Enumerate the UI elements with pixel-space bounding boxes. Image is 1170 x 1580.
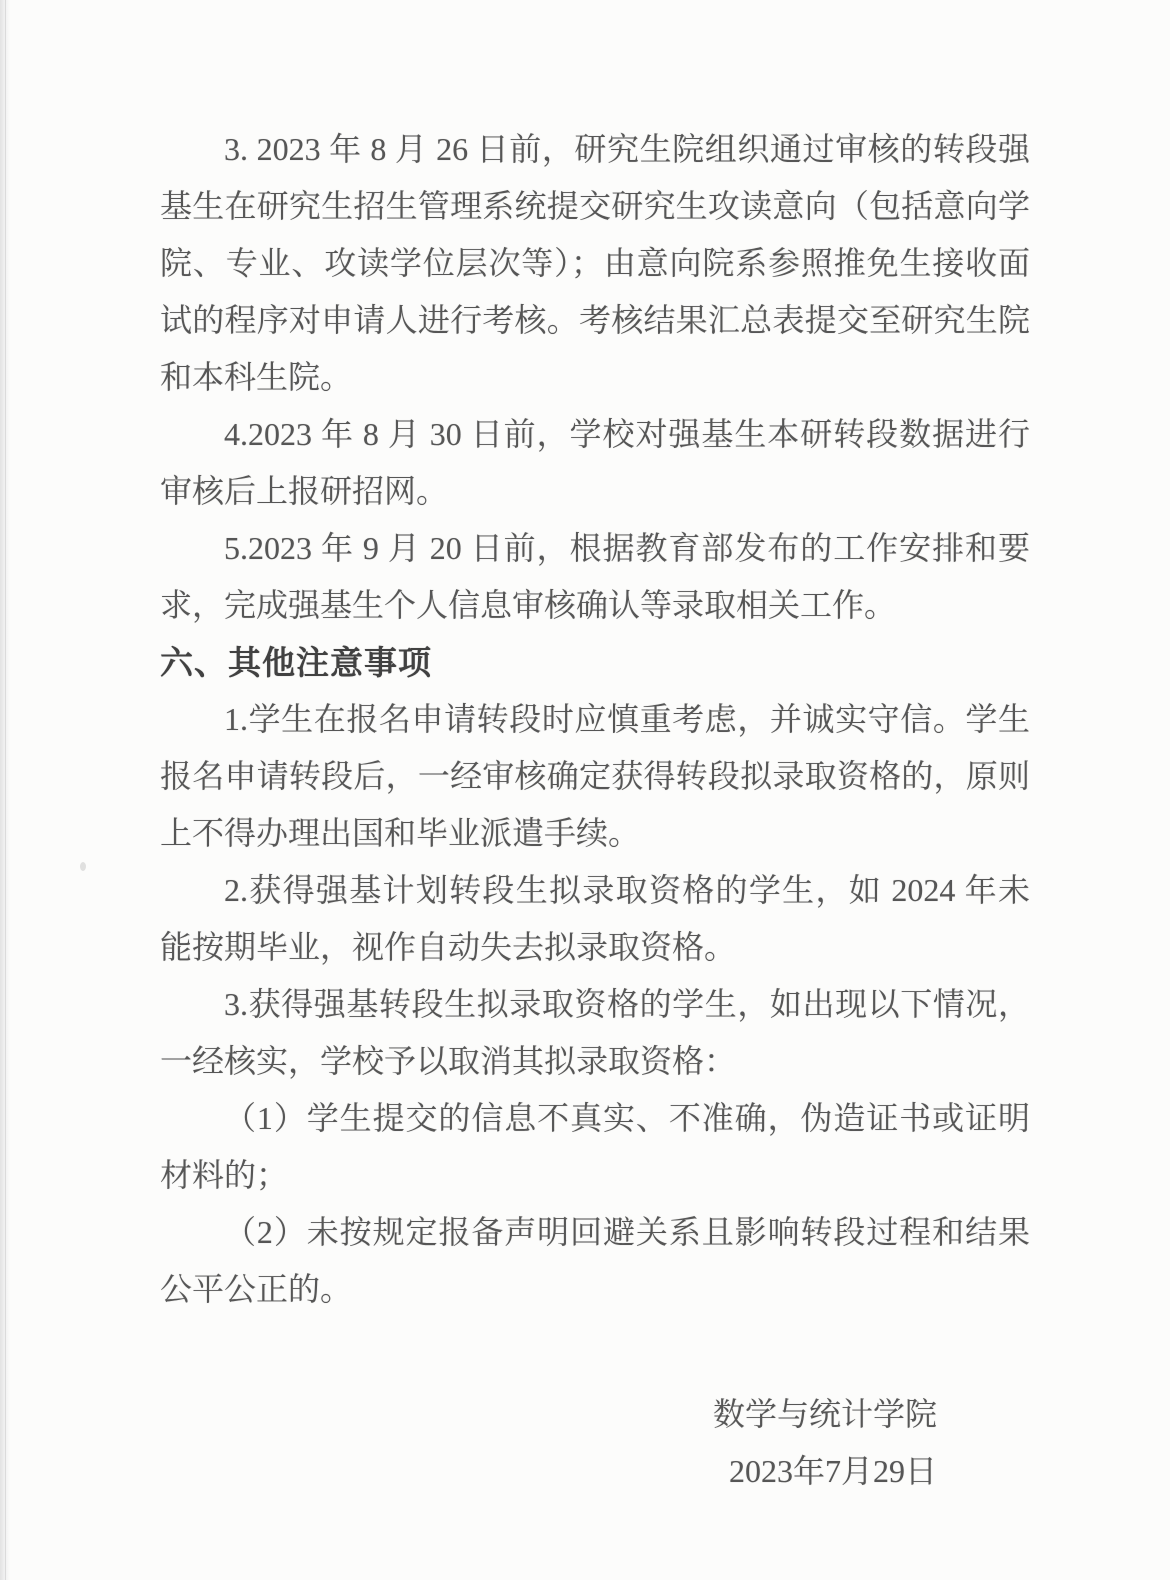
paragraph-item-5: 5.2023 年 9 月 20 日前，根据教育部发布的工作安排和要求，完成强基生…	[160, 520, 1030, 634]
paragraph-item-4: 4.2023 年 8 月 30 日前，学校对强基生本研转段数据进行审核后上报研招…	[160, 406, 1030, 520]
paragraph-item-3: 3. 2023 年 8 月 26 日前，研究生院组织通过审核的转段强基生在研究生…	[160, 121, 1030, 406]
paragraph-note-3: 3.获得强基转段生拟录取资格的学生，如出现以下情况，一经核实，学校予以取消其拟录…	[160, 976, 1030, 1090]
signature-org: 数学与统计学院	[160, 1386, 937, 1443]
paragraph-note-1: 1.学生在报名申请转段时应慎重考虑，并诚实守信。学生报名申请转段后，一经审核确定…	[160, 691, 1030, 862]
document-body: 3. 2023 年 8 月 26 日前，研究生院组织通过审核的转段强基生在研究生…	[160, 121, 1030, 1500]
paragraph-condition-1: （1）学生提交的信息不真实、不准确，伪造证书或证明材料的；	[160, 1090, 1030, 1204]
scan-speck	[80, 862, 86, 871]
scan-edge-line	[5, 0, 6, 1580]
paragraph-note-2: 2.获得强基计划转段生拟录取资格的学生，如 2024 年未能按期毕业，视作自动失…	[160, 862, 1030, 976]
document-page: 3. 2023 年 8 月 26 日前，研究生院组织通过审核的转段强基生在研究生…	[0, 0, 1170, 1580]
section-heading-six: 六、其他注意事项	[160, 634, 1030, 691]
signature-block: 数学与统计学院 2023年7月29日	[160, 1386, 1030, 1500]
signature-date: 2023年7月29日	[160, 1443, 937, 1500]
paragraph-condition-2: （2）未按规定报备声明回避关系且影响转段过程和结果公平公正的。	[160, 1204, 1030, 1318]
